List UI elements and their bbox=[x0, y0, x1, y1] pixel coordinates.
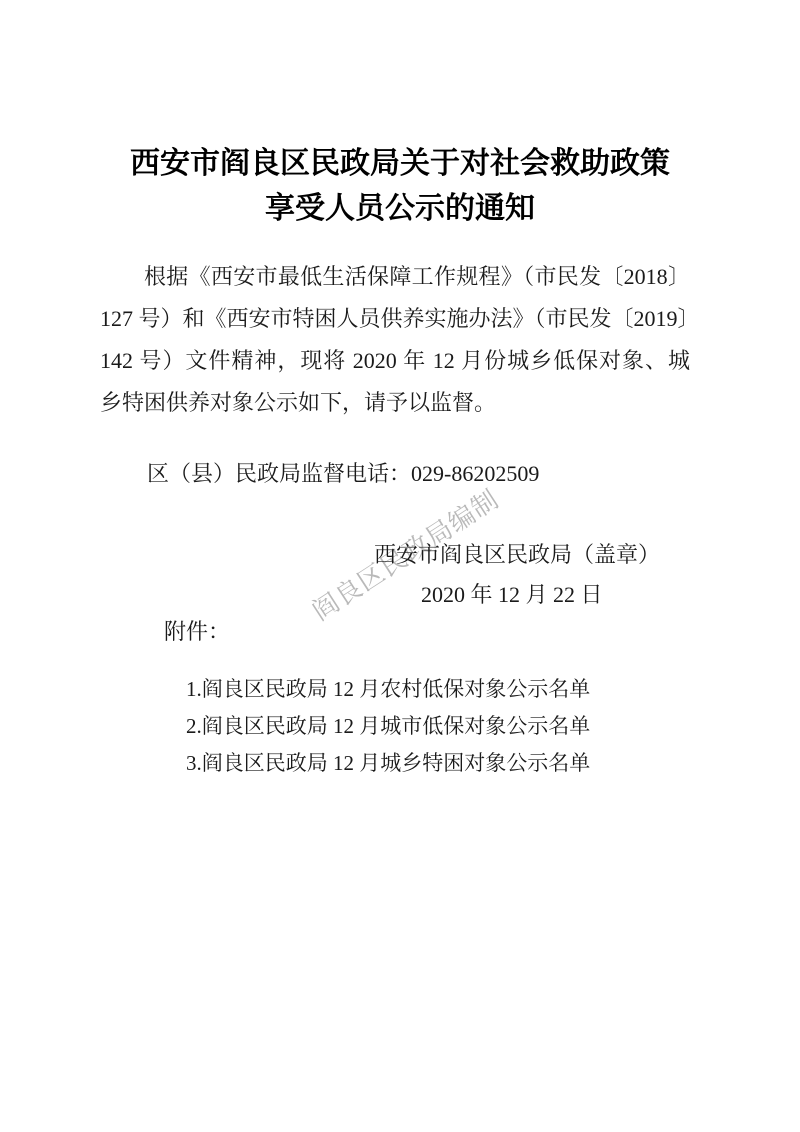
attachment-item-3: 3.阎良区民政局 12 月城乡特困对象公示名单 bbox=[186, 745, 590, 782]
body-line: 142 号）文件精神，现将 2020 年 12 月份城乡低保对象、城 bbox=[100, 340, 690, 382]
body-line: 乡特困供养对象公示如下，请予以监督。 bbox=[100, 382, 690, 424]
attachments-list: 1.阎良区民政局 12 月农村低保对象公示名单 2.阎良区民政局 12 月城市低… bbox=[186, 671, 590, 782]
supervision-phone-line: 区（县）民政局监督电话：029-86202509 bbox=[147, 459, 539, 489]
attachment-item-1: 1.阎良区民政局 12 月农村低保对象公示名单 bbox=[186, 671, 590, 708]
issue-date: 2020 年 12 月 22 日 bbox=[421, 580, 603, 610]
notice-title-line-1: 西安市阎良区民政局关于对社会救助政策 bbox=[0, 141, 800, 186]
notice-body-paragraph: 根据《西安市最低生活保障工作规程》（市民发〔2018〕 127 号）和《西安市特… bbox=[100, 256, 690, 424]
document-page: 西安市阎良区民政局关于对社会救助政策 享受人员公示的通知 根据《西安市最低生活保… bbox=[0, 0, 800, 1132]
attachment-item-2: 2.阎良区民政局 12 月城市低保对象公示名单 bbox=[186, 708, 590, 745]
body-line: 127 号）和《西安市特困人员供养实施办法》（市民发〔2019〕 bbox=[100, 298, 690, 340]
attachments-label: 附件： bbox=[164, 617, 230, 647]
notice-title-line-2: 享受人员公示的通知 bbox=[0, 186, 800, 231]
issuer-signature: 西安市阎良区民政局（盖章） bbox=[374, 540, 660, 570]
body-line: 根据《西安市最低生活保障工作规程》（市民发〔2018〕 bbox=[100, 256, 690, 298]
notice-title: 西安市阎良区民政局关于对社会救助政策 享受人员公示的通知 bbox=[0, 141, 800, 231]
